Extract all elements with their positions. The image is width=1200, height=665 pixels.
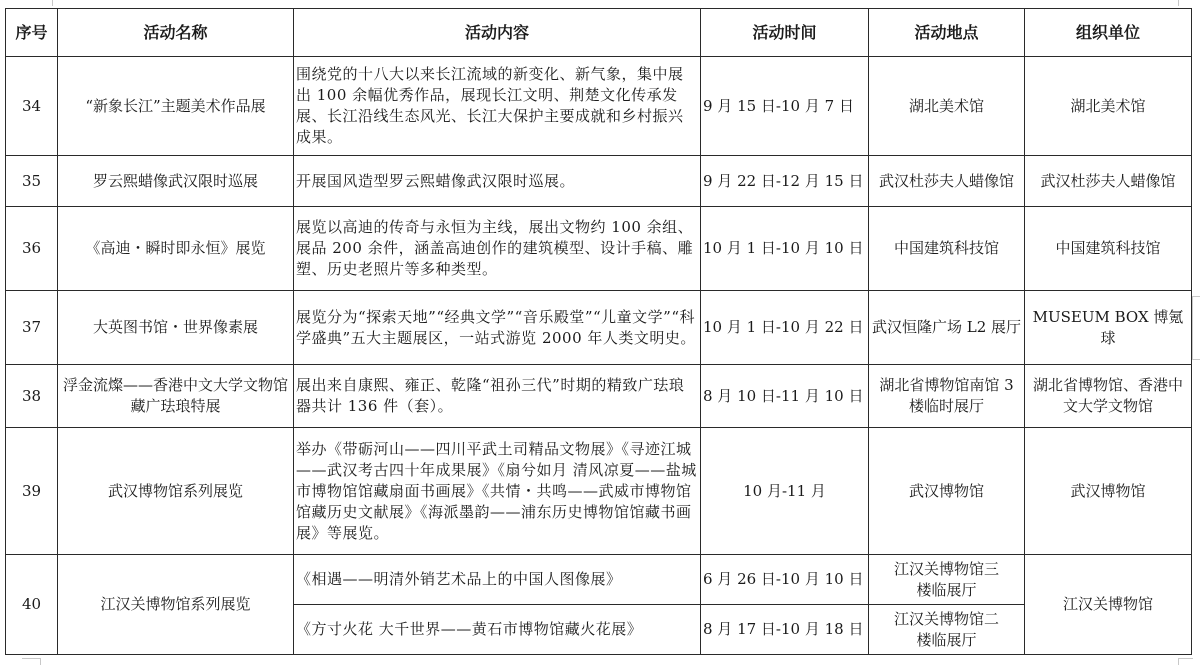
cell-name: “新象长江”主题美术作品展 xyxy=(58,57,294,156)
cell-place: 中国建筑科技馆 xyxy=(869,207,1025,291)
table-row: 37 大英图书馆・世界像素展 展览分为“探索天地”“经典文学”“音乐殿堂”“儿童… xyxy=(6,291,1192,365)
table-row: 35 罗云熙蜡像武汉限时巡展 开展国风造型罗云熙蜡像武汉限时巡展。 9 月 22… xyxy=(6,156,1192,207)
table-row: 34 “新象长江”主题美术作品展 围绕党的十八大以来长江流域的新变化、新气象，集… xyxy=(6,57,1192,156)
cell-org: 中国建筑科技馆 xyxy=(1025,207,1192,291)
page-edge-mark xyxy=(1192,296,1200,360)
cell-org: 江汉关博物馆 xyxy=(1025,555,1192,655)
cell-time: 6 月 26 日-10 月 10 日 xyxy=(701,555,869,605)
cell-no: 39 xyxy=(6,428,58,555)
cell-content: 展出来自康熙、雍正、乾隆“祖孙三代”时期的精致广珐琅器共计 136 件（套）。 xyxy=(294,365,701,428)
cell-content: 《方寸火花 大千世界——黄石市博物馆藏火花展》 xyxy=(294,605,701,655)
header-org: 组织单位 xyxy=(1025,9,1192,57)
header-content: 活动内容 xyxy=(294,9,701,57)
header-name: 活动名称 xyxy=(58,9,294,57)
cell-name: 武汉博物馆系列展览 xyxy=(58,428,294,555)
cell-org: 武汉博物馆 xyxy=(1025,428,1192,555)
cell-name: 罗云熙蜡像武汉限时巡展 xyxy=(58,156,294,207)
cell-time: 8 月 10 日-11 月 10 日 xyxy=(701,365,869,428)
cell-no: 36 xyxy=(6,207,58,291)
table-row: 38 浮金流燦——香港中文大学文物馆藏广珐琅特展 展出来自康熙、雍正、乾隆“祖孙… xyxy=(6,365,1192,428)
cell-time: 10 月 1 日-10 月 10 日 xyxy=(701,207,869,291)
cell-place: 武汉博物馆 xyxy=(869,428,1025,555)
cell-content: 开展国风造型罗云熙蜡像武汉限时巡展。 xyxy=(294,156,701,207)
table-row: 40 江汉关博物馆系列展览 《相遇——明清外销艺术品上的中国人图像展》 6 月 … xyxy=(6,555,1192,605)
cell-name: 浮金流燦——香港中文大学文物馆藏广珐琅特展 xyxy=(58,365,294,428)
page-corner-mark xyxy=(22,658,41,665)
page-corner-mark xyxy=(1178,0,1179,6)
place-text: 江汉关博物馆三楼临展厅 xyxy=(891,559,1003,601)
cell-content: 展览分为“探索天地”“经典文学”“音乐殿堂”“儿童文学”“科学盛典”五大主题展区… xyxy=(294,291,701,365)
cell-place: 江汉关博物馆二楼临展厅 xyxy=(869,605,1025,655)
cell-no: 38 xyxy=(6,365,58,428)
header-place: 活动地点 xyxy=(869,9,1025,57)
cell-time: 9 月 22 日-12 月 15 日 xyxy=(701,156,869,207)
cell-content: 《相遇——明清外销艺术品上的中国人图像展》 xyxy=(294,555,701,605)
cell-time: 9 月 15 日-10 月 7 日 xyxy=(701,57,869,156)
table-header-row: 序号 活动名称 活动内容 活动时间 活动地点 组织单位 xyxy=(6,9,1192,57)
cell-org: MUSEUM BOX 博氪球 xyxy=(1025,291,1192,365)
cell-content: 展览以高迪的传奇与永恒为主线，展出文物约 100 余组、展品 200 余件，涵盖… xyxy=(294,207,701,291)
cell-place: 武汉杜莎夫人蜡像馆 xyxy=(869,156,1025,207)
cell-time: 8 月 17 日-10 月 18 日 xyxy=(701,605,869,655)
cell-name: 江汉关博物馆系列展览 xyxy=(58,555,294,655)
cell-no: 34 xyxy=(6,57,58,156)
cell-place: 武汉恒隆广场 L2 展厅 xyxy=(869,291,1025,365)
cell-content: 举办《带砺河山——四川平武土司精品文物展》《寻迹江城——武汉考古四十年成果展》《… xyxy=(294,428,701,555)
cell-place: 江汉关博物馆三楼临展厅 xyxy=(869,555,1025,605)
cell-name: 《高迪・瞬时即永恒》展览 xyxy=(58,207,294,291)
cell-org: 武汉杜莎夫人蜡像馆 xyxy=(1025,156,1192,207)
cell-content: 围绕党的十八大以来长江流域的新变化、新气象，集中展出 100 余幅优秀作品，展现… xyxy=(294,57,701,156)
header-no: 序号 xyxy=(6,9,58,57)
cell-org: 湖北省博物馆、香港中文大学文物馆 xyxy=(1025,365,1192,428)
cell-org: 湖北美术馆 xyxy=(1025,57,1192,156)
place-text: 江汉关博物馆二楼临展厅 xyxy=(891,609,1003,651)
cell-place: 湖北美术馆 xyxy=(869,57,1025,156)
cell-time: 10 月 1 日-10 月 22 日 xyxy=(701,291,869,365)
header-time: 活动时间 xyxy=(701,9,869,57)
cell-no: 37 xyxy=(6,291,58,365)
cell-no: 40 xyxy=(6,555,58,655)
table-row: 36 《高迪・瞬时即永恒》展览 展览以高迪的传奇与永恒为主线，展出文物约 100… xyxy=(6,207,1192,291)
cell-name: 大英图书馆・世界像素展 xyxy=(58,291,294,365)
page-corner-mark xyxy=(1178,658,1193,665)
table-row: 39 武汉博物馆系列展览 举办《带砺河山——四川平武土司精品文物展》《寻迹江城—… xyxy=(6,428,1192,555)
page-corner-mark xyxy=(52,0,53,6)
cell-place: 湖北省博物馆南馆 3 楼临时展厅 xyxy=(869,365,1025,428)
activity-table: 序号 活动名称 活动内容 活动时间 活动地点 组织单位 34 “新象长江”主题美… xyxy=(5,8,1192,655)
cell-no: 35 xyxy=(6,156,58,207)
cell-time: 10 月-11 月 xyxy=(701,428,869,555)
